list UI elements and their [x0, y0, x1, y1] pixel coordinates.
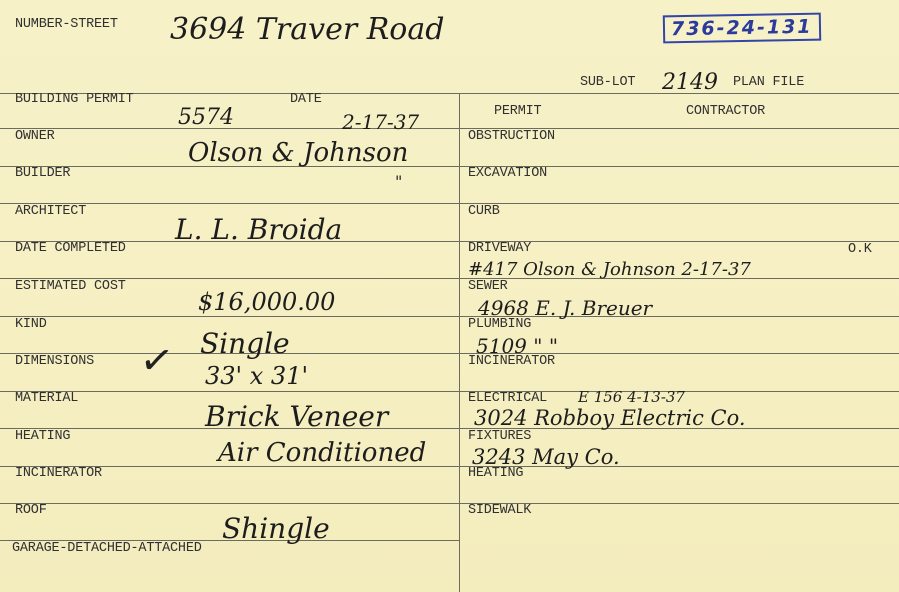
excavation-label: EXCAVATION	[468, 166, 547, 181]
architect-value: L. L. Broida	[175, 213, 342, 246]
sidewalk-label: SIDEWALK	[468, 503, 531, 518]
checkmark-icon: ✓	[137, 336, 177, 386]
sewer-label: SEWER	[468, 279, 508, 294]
estimated-cost-label: ESTIMATED COST	[15, 279, 126, 294]
electrical-value: 3024 Robboy Electric Co.	[474, 406, 746, 430]
architect-label: ARCHITECT	[15, 204, 86, 219]
kind-value: Single	[200, 327, 290, 360]
builder-ditto: "	[395, 172, 402, 191]
permit-label: PERMIT	[494, 104, 541, 119]
material-label: MATERIAL	[15, 391, 78, 406]
number-street-label: NUMBER-STREET	[15, 17, 118, 32]
estimated-cost-value: $16,000.00	[198, 288, 335, 316]
builder-label: BUILDER	[15, 166, 70, 181]
owner-label: OWNER	[15, 129, 55, 144]
permit-card: NUMBER-STREET 3694 Traver Road 736-24-13…	[0, 0, 899, 592]
electrical-label: ELECTRICAL	[468, 391, 547, 406]
sub-lot-label: SUB-LOT	[580, 75, 635, 90]
plan-file-label: PLAN FILE	[733, 75, 804, 90]
roof-label: ROOF	[15, 503, 47, 518]
date-completed-label: DATE COMPLETED	[15, 241, 126, 256]
dimensions-value: 33' x 31'	[205, 362, 308, 390]
permit-number: 5574	[178, 105, 234, 130]
driveway-value: #417 Olson & Johnson 2-17-37	[468, 259, 751, 280]
roof-value: Shingle	[222, 512, 330, 545]
owner-value: Olson & Johnson	[188, 138, 408, 168]
building-permit-label: BUILDING PERMIT	[15, 92, 134, 107]
date-label: DATE	[290, 92, 322, 107]
curb-label: CURB	[468, 204, 500, 219]
garage-label: GARAGE-DETACHED-ATTACHED	[12, 541, 202, 556]
number-street-value: 3694 Traver Road	[170, 12, 444, 47]
sub-lot-value: 2149	[662, 70, 718, 95]
driveway-note: O.K	[848, 242, 872, 257]
electrical-note: E 156 4-13-37	[578, 388, 685, 406]
fixtures-value: 3243 May Co.	[472, 445, 620, 469]
permit-date: 2-17-37	[342, 110, 419, 134]
heating-label: HEATING	[15, 429, 70, 444]
plumbing-value: 5109 " "	[476, 334, 558, 358]
kind-label: KIND	[15, 317, 47, 332]
sewer-value: 4968 E. J. Breuer	[478, 296, 652, 320]
obstruction-label: OBSTRUCTION	[468, 129, 555, 144]
material-value: Brick Veneer	[205, 400, 388, 433]
contractor-label: CONTRACTOR	[686, 104, 765, 119]
fixtures-label: FIXTURES	[468, 429, 531, 444]
heating-value: Air Conditioned	[218, 438, 426, 468]
file-number-stamp: 736-24-131	[663, 13, 821, 44]
driveway-label: DRIVEWAY	[468, 241, 531, 256]
incinerator-label: INCINERATOR	[15, 466, 102, 481]
dimensions-label: DIMENSIONS	[15, 354, 94, 369]
